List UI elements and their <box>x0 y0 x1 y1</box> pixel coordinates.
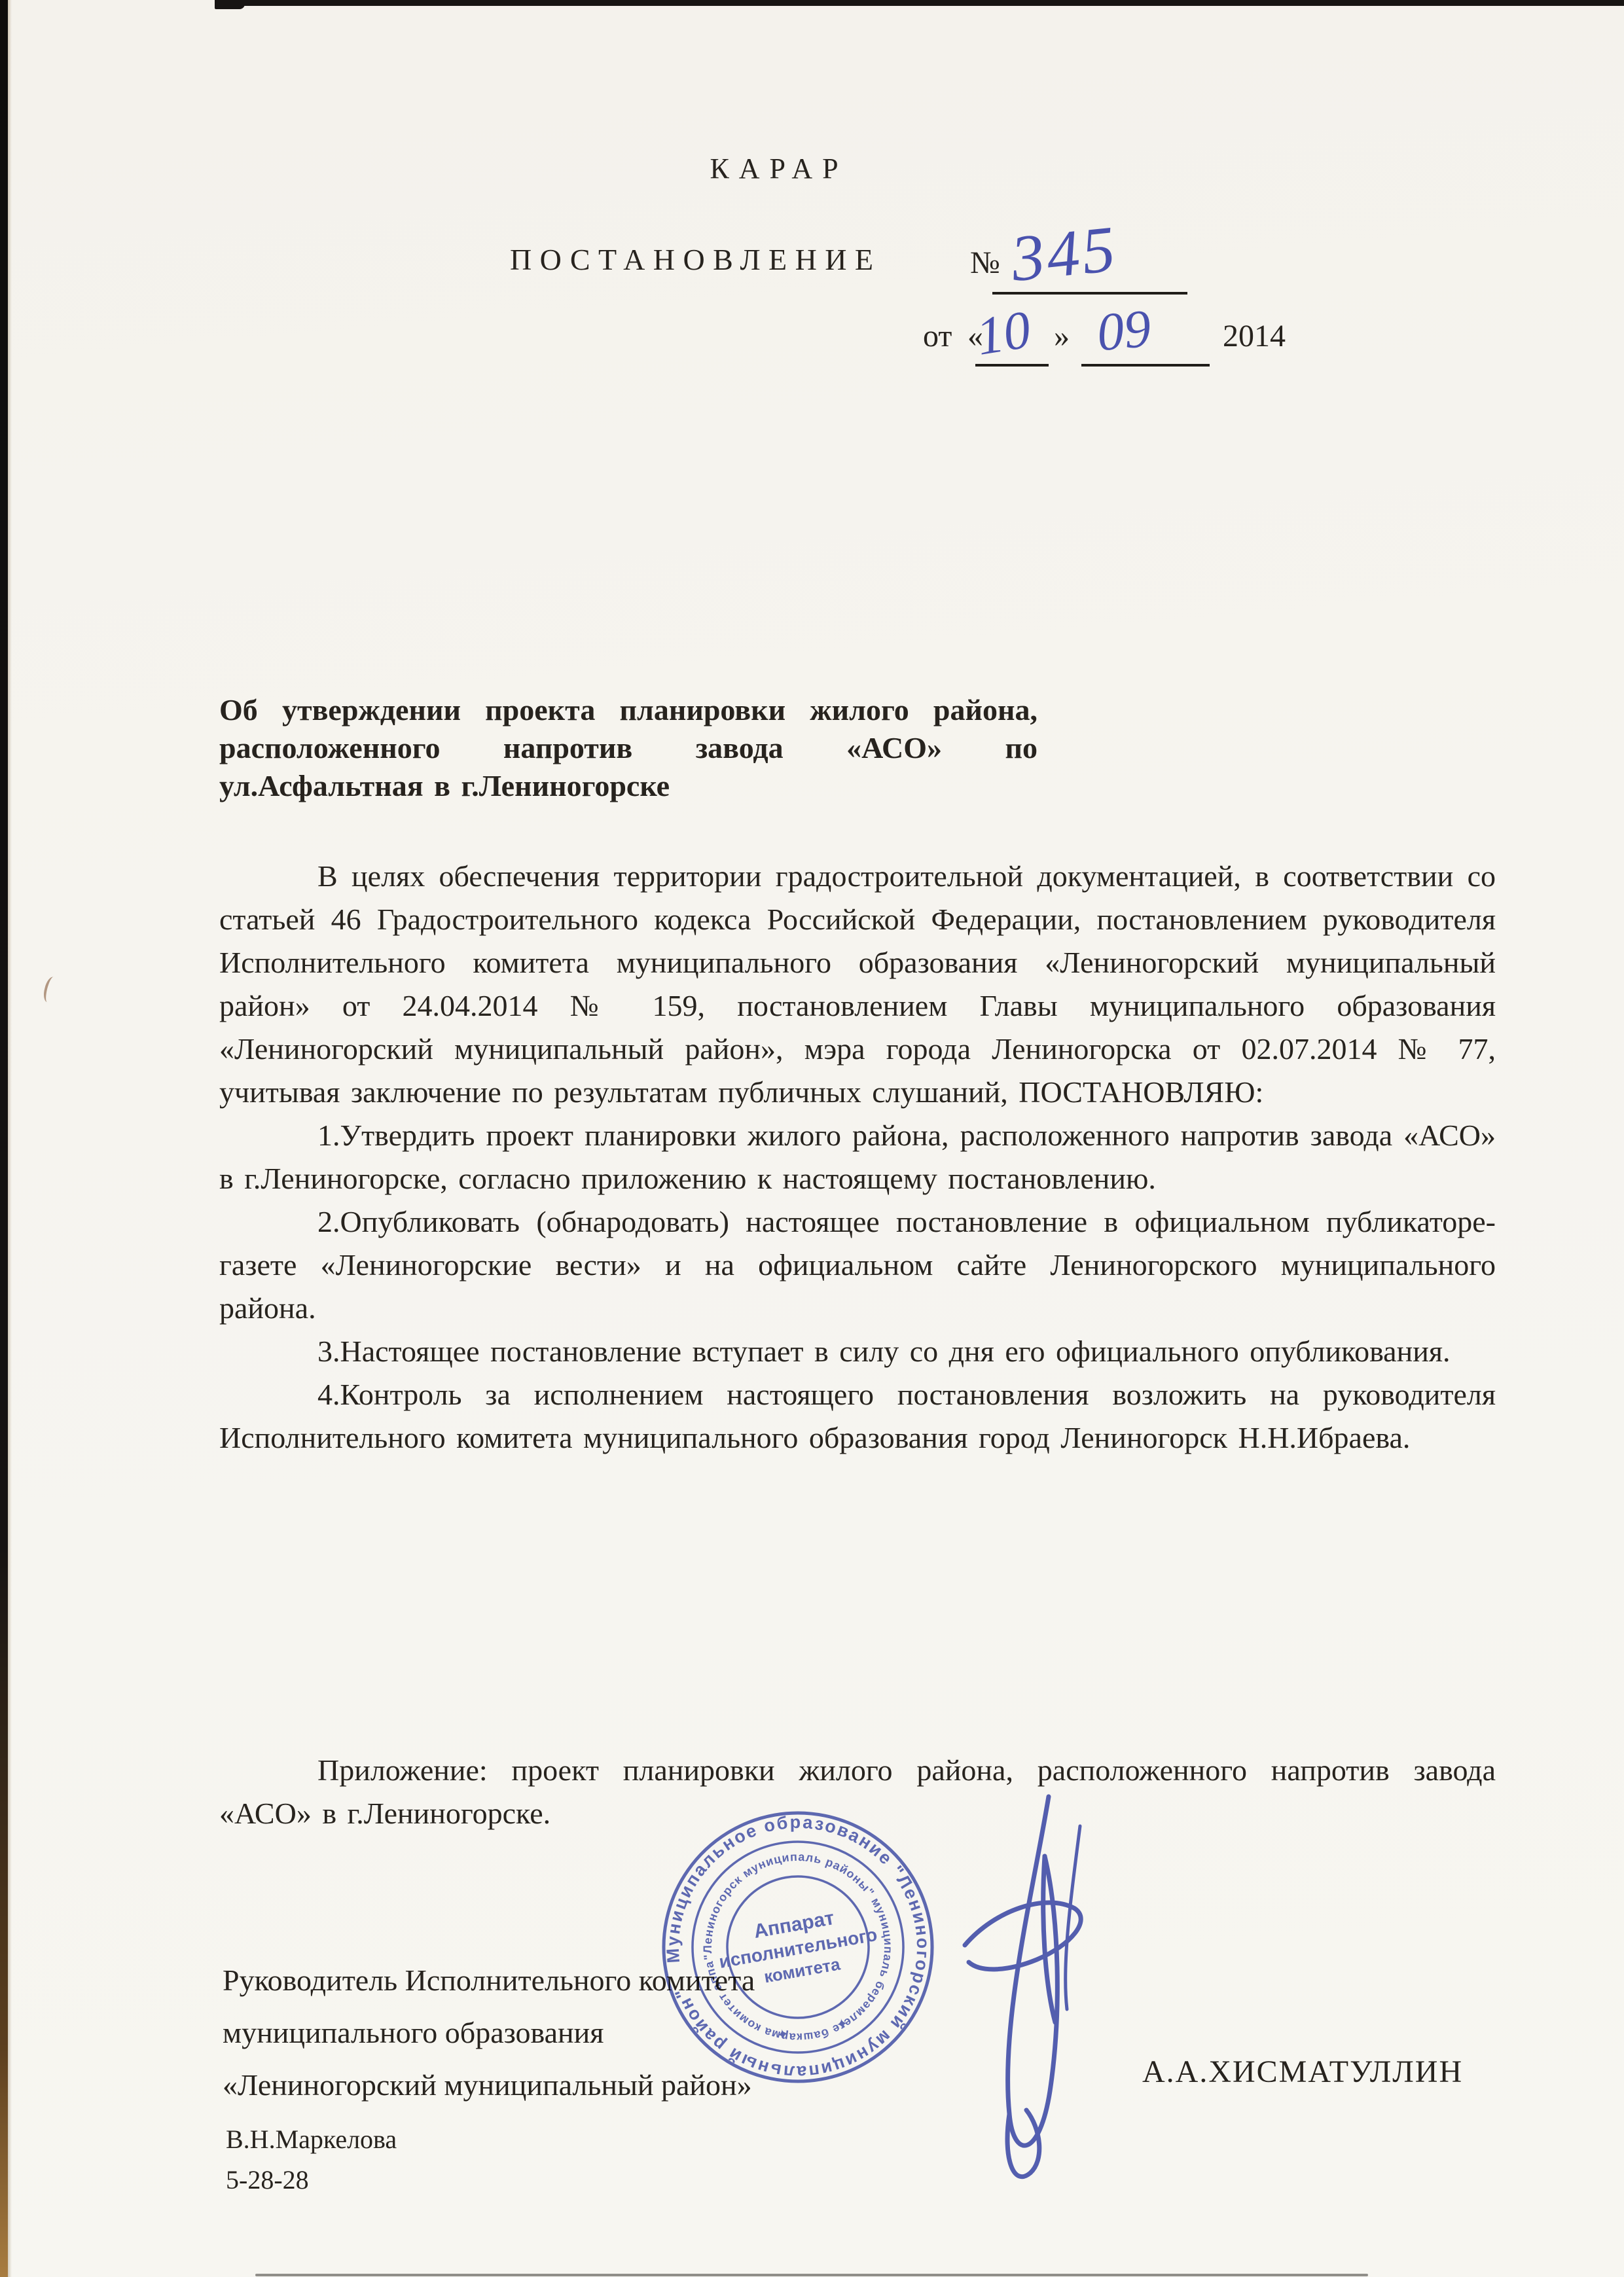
body-paragraph: 1.Утвердить проект планировки жилого рай… <box>219 1114 1496 1200</box>
day-underline <box>975 364 1049 367</box>
scan-edge-top <box>215 0 1624 6</box>
executor-info: В.Н.Маркелова 5-28-28 <box>226 2119 397 2200</box>
scan-edge-bottom <box>255 2274 1368 2276</box>
scan-edge-top-mark <box>215 0 245 9</box>
document-body: В целях обеспечения территории градостро… <box>219 855 1496 1460</box>
signature-ink <box>903 1761 1119 2206</box>
date-year: 2014 <box>1223 318 1286 354</box>
document-title: Об утверждении проекта планировки жилого… <box>219 691 1038 805</box>
handwritten-month: 09 <box>1094 298 1153 364</box>
body-paragraph: 4.Контроль за исполнением настоящего пос… <box>219 1373 1496 1460</box>
document-type-title: ПОСТАНОВЛЕНИЕ <box>510 242 881 277</box>
scanned-document-page: КАРАР ПОСТАНОВЛЕНИЕ № 345 от « 10 » 09 2… <box>0 0 1624 2277</box>
executor-name: В.Н.Маркелова <box>226 2119 397 2160</box>
body-paragraph: 3.Настоящее постановление вступает в сил… <box>219 1330 1496 1373</box>
svg-text:✦: ✦ <box>776 2026 790 2044</box>
date-close-quote: » <box>1054 318 1070 354</box>
tatar-title: КАРАР <box>681 152 877 185</box>
official-round-stamp: Муниципальное образование "Лениногорский… <box>656 1805 940 2089</box>
date-prefix: от <box>923 318 952 354</box>
stamp-center-text: Аппарат исполнительного комитета <box>713 1901 883 1994</box>
number-sign: № <box>970 245 1000 281</box>
signatory-name: А.А.ХИСМАТУЛЛИН <box>1142 2054 1463 2090</box>
month-underline <box>1081 364 1210 367</box>
scan-edge-left <box>0 0 8 2277</box>
scan-edge-left-shadow <box>8 0 12 2277</box>
handwritten-day: 10 <box>972 298 1035 368</box>
body-paragraph: В целях обеспечения территории градостро… <box>219 855 1496 1114</box>
handwritten-document-number: 345 <box>1007 211 1121 296</box>
executor-phone: 5-28-28 <box>226 2160 397 2200</box>
body-paragraph: 2.Опубликовать (обнародовать) настоящее … <box>219 1200 1496 1330</box>
margin-ink-artifact <box>41 975 59 1003</box>
